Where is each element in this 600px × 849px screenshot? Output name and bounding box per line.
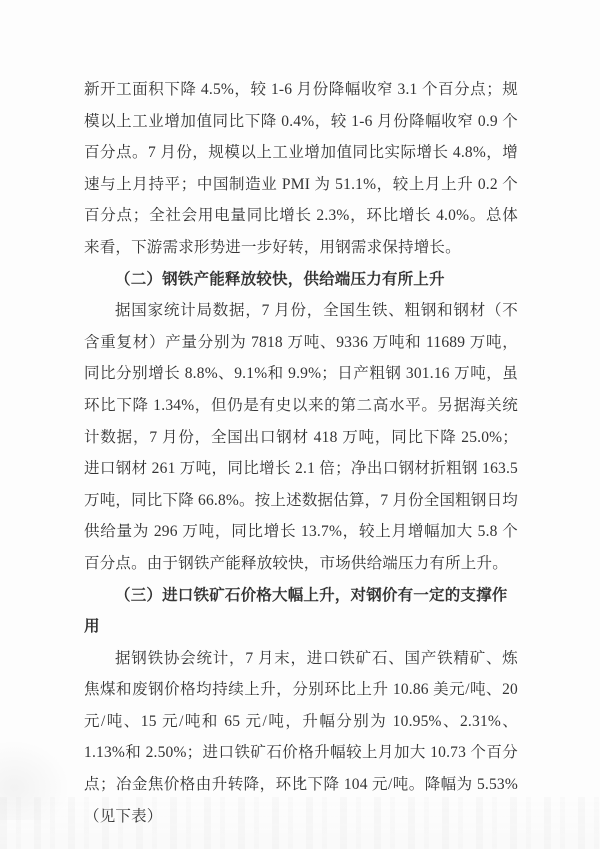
body-paragraph: 据国家统计局数据，7 月份，全国生铁、粗钢和钢材（不含重复材）产量分别为 781… [84,295,518,579]
body-paragraph: 据钢铁协会统计，7 月末，进口铁矿石、国产铁精矿、炼焦煤和废钢价格均持续上升，分… [84,643,518,833]
page-body: 新开工面积下降 4.5%，较 1-6 月份降幅收窄 3.1 个百分点；规模以上工… [84,74,518,832]
section-heading: （二）钢铁产能释放较快，供给端压力有所上升 [84,264,518,296]
section-heading: （三）进口铁矿石价格大幅上升，对钢价有一定的支撑作用 [84,580,518,643]
body-paragraph: 新开工面积下降 4.5%，较 1-6 月份降幅收窄 3.1 个百分点；规模以上工… [84,74,518,264]
page-number: 5 [0,774,600,789]
document-page: 新开工面积下降 4.5%，较 1-6 月份降幅收窄 3.1 个百分点；规模以上工… [0,0,600,849]
